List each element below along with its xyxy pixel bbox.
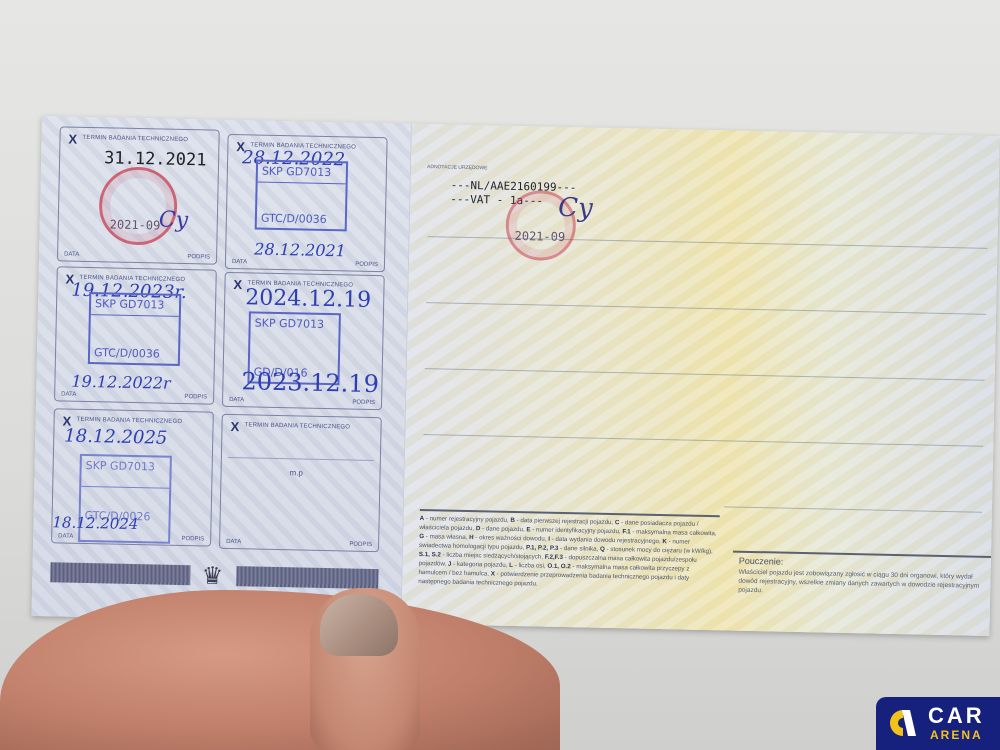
- legend-text: - numer identyfikacyjny pojazdu,: [530, 526, 622, 535]
- legend-text: - okres ważności dowodu,: [474, 534, 549, 543]
- legend-text: - maksymalna masa całkowita,: [631, 528, 717, 537]
- polish-eagle-icon: ♛: [195, 559, 230, 594]
- inspection-cell-4: X TERMIN BADANIA TECHNICZNEGO 2024.12.19…: [222, 272, 385, 410]
- stamp-date: 2021-09: [110, 217, 161, 232]
- legend-key: O.1, O.2: [547, 563, 571, 570]
- stamp-date: 2021-09: [514, 229, 565, 244]
- inspection-cell-6: X TERMIN BADANIA TECHNICZNEGO m.p DATA P…: [219, 414, 382, 552]
- handwritten-due-date: 18.12.2025: [64, 426, 167, 449]
- legend-text: - data pierwszej rejestracji pojazdu,: [515, 517, 615, 526]
- signature-label: PODPIS: [181, 536, 204, 542]
- printed-due-date: 31.12.2021: [104, 148, 207, 170]
- date-label: DATA: [226, 539, 241, 545]
- inspector-code: GTC/D/0036: [261, 212, 327, 226]
- legend-key: P.1, P.2, P.3: [526, 544, 558, 552]
- car-arena-logo: CAR ARENA: [876, 697, 1000, 750]
- inspection-page: X TERMIN BADANIA TECHNICZNEGO 31.12.2021…: [32, 116, 412, 624]
- cell-header: TERMIN BADANIA TECHNICZNEGO: [82, 135, 188, 143]
- legend-text: - liczba osi,: [513, 562, 548, 570]
- inspector-code: GTC/D/0036: [94, 346, 160, 360]
- annotations-page: ADNOTACJE URZĘDOWE ---NL/AAE2160199--- -…: [401, 124, 999, 636]
- cell-marker: X: [68, 132, 77, 147]
- station-code: SKP GD7013: [95, 297, 165, 311]
- signature-label: PODPIS: [352, 400, 375, 406]
- station-code: SKP GD7013: [86, 459, 156, 473]
- car-arena-logo-icon: [890, 708, 916, 738]
- cell-marker: X: [233, 277, 242, 292]
- station-code: SKP GD7013: [262, 165, 332, 179]
- station-stamp: SKP GD7013 GTC/D/0036: [88, 292, 181, 366]
- security-bar-right: [236, 566, 378, 589]
- legend-text: - dane pojazdu,: [480, 525, 526, 533]
- signature: Cy: [159, 207, 189, 233]
- legend-text: - kategoria pojazdu,: [451, 561, 509, 569]
- inspection-cell-3: X TERMIN BADANIA TECHNICZNEGO 19.12.2023…: [54, 266, 217, 404]
- legend-text: - dane silnika,: [558, 545, 600, 553]
- station-stamp: SKP GD7013 GTC/D/0036: [255, 159, 348, 231]
- official-round-stamp: 2021-09: [98, 166, 178, 246]
- date-label: DATA: [229, 397, 244, 403]
- field-legend: A - numer rejestracyjny pojazdu, B - dat…: [418, 514, 719, 592]
- security-bar-left: [50, 562, 190, 585]
- date-label: DATA: [58, 533, 73, 539]
- legend-text: - numer rejestracyjny pojazdu,: [424, 515, 510, 524]
- stamp-placeholder: m.p: [289, 468, 303, 477]
- inspection-cell-1: X TERMIN BADANIA TECHNICZNEGO 31.12.2021…: [57, 126, 220, 264]
- inspection-cell-5: X TERMIN BADANIA TECHNICZNEGO 18.12.2025…: [51, 408, 214, 546]
- signature-label: PODPIS: [184, 394, 207, 400]
- legend-text: - data wydania dowodu rejestracyjnego,: [550, 536, 663, 545]
- handwritten-date: 18.12.2024: [52, 513, 138, 533]
- inspection-cell-2: X TERMIN BADANIA TECHNICZNEGO 28.12.2022…: [225, 134, 388, 272]
- brand-subname: ARENA: [930, 728, 983, 742]
- section-label: ADNOTACJE URZĘDOWE: [427, 164, 488, 171]
- legend-text: - masa własna,: [424, 533, 469, 541]
- signature-label: PODPIS: [349, 542, 372, 548]
- signature: Cy: [558, 193, 593, 224]
- handwritten-date: 2023.12.19: [241, 367, 379, 398]
- signature-label: PODPIS: [355, 262, 378, 268]
- handwritten-due-date: 2024.12.19: [245, 285, 371, 313]
- notice-title: Pouczenie:: [739, 556, 784, 567]
- cell-header: TERMIN BADANIA TECHNICZNEGO: [245, 422, 351, 430]
- legend-key: S.1, S.2: [419, 551, 441, 558]
- legend-key: F.2,F.3: [545, 554, 563, 561]
- thumbnail: [320, 594, 398, 656]
- signature-label: PODPIS: [187, 254, 210, 260]
- legend-text: - stosunek mocy do ciężaru (w kW/kg),: [605, 546, 713, 555]
- cell-header: TERMIN BADANIA TECHNICZNEGO: [77, 417, 183, 425]
- legend-text: - liczba miejsc siedzących/stojących,: [441, 551, 545, 560]
- handwritten-date: 19.12.2022r: [71, 372, 171, 393]
- date-label: DATA: [61, 391, 76, 397]
- handwritten-date: 28.12.2021: [254, 239, 346, 260]
- date-label: DATA: [64, 251, 79, 257]
- date-label: DATA: [232, 259, 247, 265]
- notice-text: Właściciel pojazdu jest zobowiązany zgło…: [738, 568, 989, 600]
- station-code: SKP GD7013: [255, 317, 325, 331]
- registration-document: X TERMIN BADANIA TECHNICZNEGO 31.12.2021…: [32, 116, 1000, 636]
- brand-name: CAR: [928, 703, 985, 729]
- cell-marker: X: [230, 419, 239, 434]
